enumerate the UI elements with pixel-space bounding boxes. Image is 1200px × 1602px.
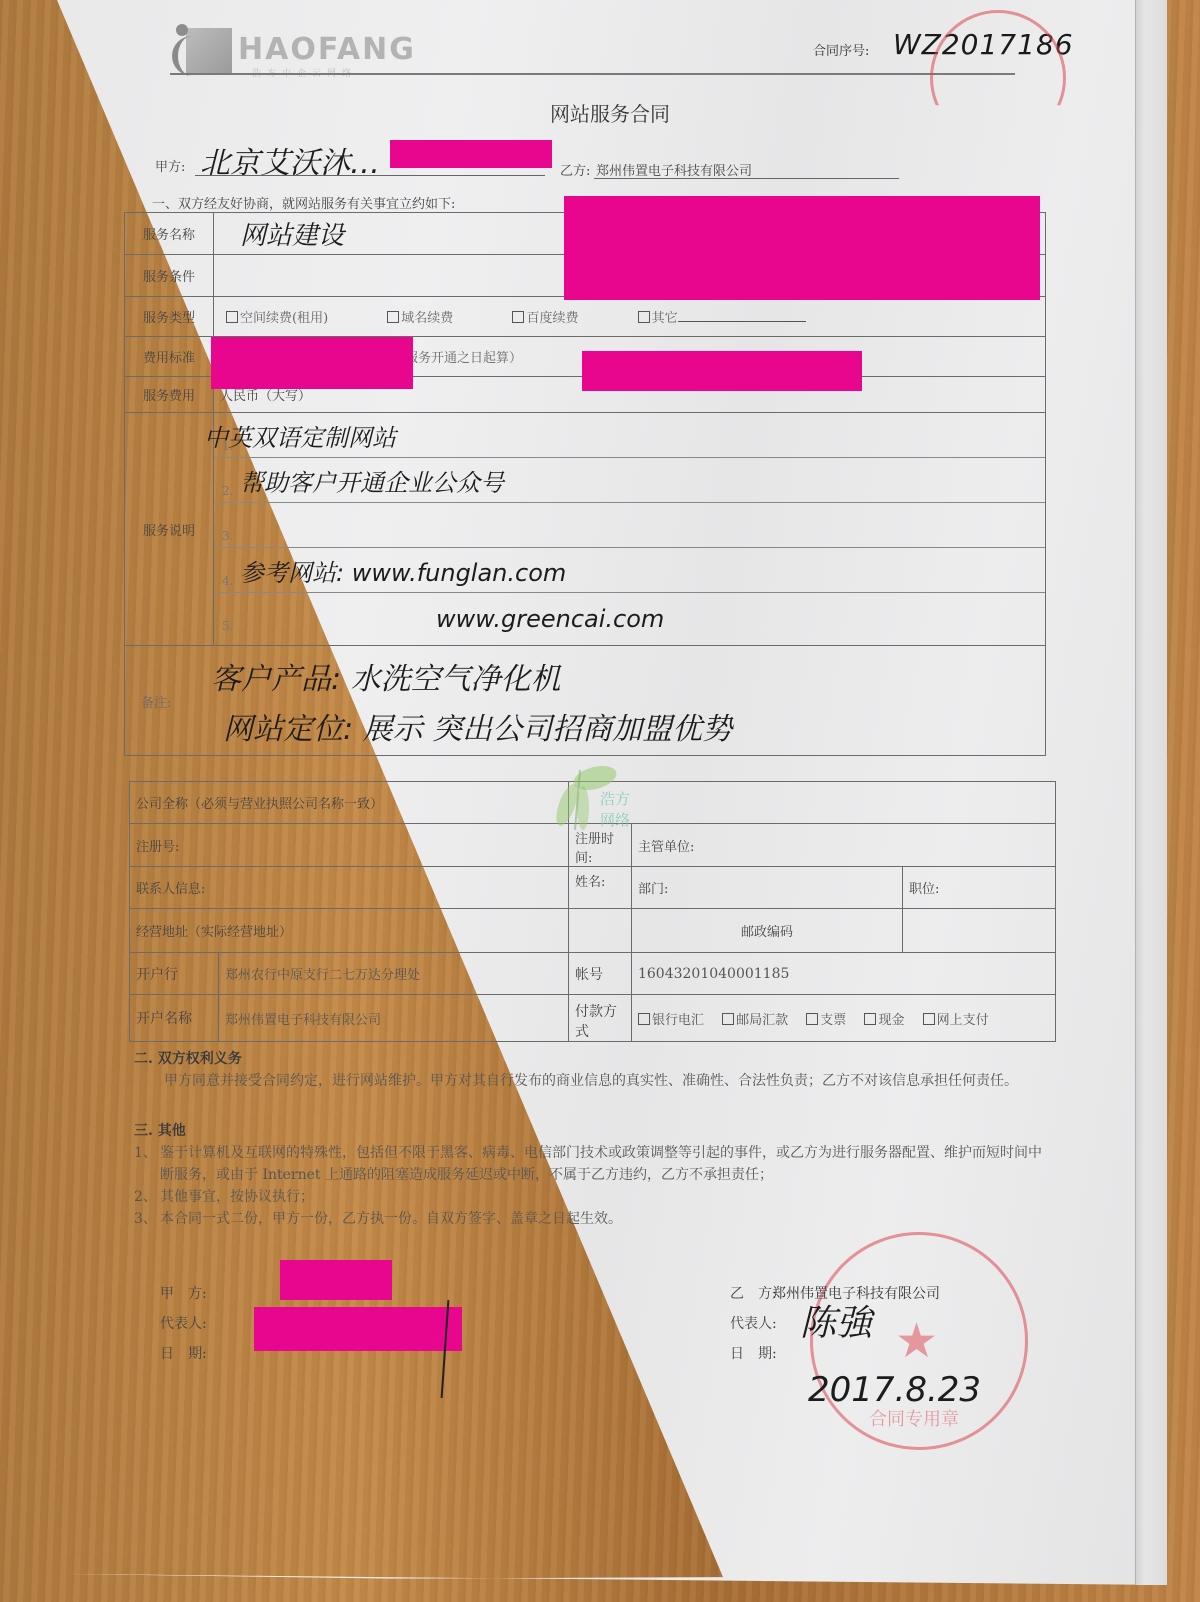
sign-date-b-value: 2017.8.23 <box>808 1370 981 1410</box>
service-fee-label: 服务费用 <box>125 377 214 413</box>
description-line: 5.www.greencai.com <box>214 593 1045 637</box>
option-domain-renewal[interactable]: 域名续费 <box>387 311 453 326</box>
redaction-box <box>254 1307 462 1351</box>
checkbox-icon <box>226 311 238 323</box>
service-type-label: 服务类型 <box>125 297 214 337</box>
description-line: 3. <box>214 503 1045 548</box>
sign-rep-a-label: 代表人: <box>160 1313 207 1333</box>
redaction-box <box>582 351 862 391</box>
payment-online[interactable]: 网上支付 <box>923 1013 989 1028</box>
redaction-box <box>211 337 413 389</box>
description-line: 1.中英双语定制网站 <box>214 413 1045 458</box>
section-3-item: 3、本合同一式二份，甲方一份，乙方执一份。自双方签字、盖章之日起生效。 <box>134 1208 1054 1230</box>
checkbox-icon <box>864 1013 876 1025</box>
row-address: 经营地址（实际经营地址） 邮政编码 <box>130 909 1056 953</box>
address-value[interactable] <box>568 909 631 953</box>
payment-cash[interactable]: 现金 <box>864 1013 904 1028</box>
checkbox-icon <box>638 311 650 323</box>
checkbox-icon <box>387 311 399 323</box>
postcode-label: 邮政编码 <box>631 909 902 953</box>
payment-options: 银行电汇 邮局汇款 支票 现金 网上支付 <box>631 995 1055 1042</box>
logo-text: HAOFANG <box>238 32 416 67</box>
party-b-underline <box>594 178 899 179</box>
sign-rep-b-signature: 陈強 <box>800 1295 872 1346</box>
sign-date-b-label: 日 期: <box>730 1343 777 1363</box>
fee-standard-label: 费用标准 <box>125 337 214 377</box>
option-other[interactable]: 其它 <box>638 311 806 326</box>
redaction-box <box>280 1260 392 1300</box>
description-line: 4.参考网站: www.funglan.com <box>214 548 1045 593</box>
row-contact: 联系人信息: 姓名: 部门: 职位: <box>130 867 1056 909</box>
position-label: 职位: <box>902 867 1055 909</box>
redaction-box <box>564 196 1040 300</box>
row-service-description: 服务说明 1.中英双语定制网站 2.帮助客户开通企业公众号 3. 4.参考网站:… <box>125 413 1046 646</box>
watermark-text: 浩方网络 <box>600 788 635 830</box>
checkbox-icon <box>512 311 524 323</box>
account-name-value: 郑州伟置电子科技有限公司 <box>219 995 569 1042</box>
section-3-item: 1、鉴于计算机及互联网的特殊性，包括但不限于黑客、病毒、电信部门技术或政策调整等… <box>134 1142 1054 1186</box>
remarks-line-2: 网站定位: 展示 突出公司招商加盟优势 <box>223 704 732 748</box>
section-2: 二. 双方权利义务 甲方同意并接受合同约定，进行网站维护。甲方对其自行发布的商业… <box>134 1048 1054 1092</box>
account-name-label: 开户名称 <box>130 995 219 1042</box>
option-baidu-renewal[interactable]: 百度续费 <box>512 311 578 326</box>
logo-mark-icon <box>172 22 232 76</box>
checkbox-icon <box>638 1013 650 1025</box>
party-a-underline <box>195 175 545 176</box>
seal-star-icon: ★ <box>895 1313 938 1369</box>
address-label: 经营地址（实际经营地址） <box>130 909 569 953</box>
remarks-line-1: 客户产品: 水洗空气净化机 <box>211 654 561 698</box>
party-b-label: 乙方: <box>560 160 590 179</box>
authority-label: 主管单位: <box>631 824 1055 867</box>
party-a-label: 甲方: <box>155 156 185 175</box>
contact-label: 联系人信息: <box>130 867 569 909</box>
row-service-type: 服务类型 空间续费(租用) 域名续费 百度续费 其它 <box>125 297 1046 337</box>
section-3-heading: 三. 其他 <box>134 1120 1054 1142</box>
section-3: 三. 其他 1、鉴于计算机及互联网的特殊性，包括但不限于黑客、病毒、电信部门技术… <box>134 1120 1054 1230</box>
section-2-heading: 二. 双方权利义务 <box>134 1048 1054 1070</box>
account-label: 帐号 <box>568 953 631 995</box>
name-label: 姓名: <box>568 867 631 909</box>
service-description-label: 服务说明 <box>125 413 214 646</box>
sign-date-a-label: 日 期: <box>160 1343 207 1363</box>
service-description-lines: 1.中英双语定制网站 2.帮助客户开通企业公众号 3. 4.参考网站: www.… <box>214 413 1046 646</box>
page-title: 网站服务合同 <box>0 98 1200 127</box>
paper-crease <box>1135 0 1136 1585</box>
sign-party-b-label: 乙 方: <box>730 1283 777 1303</box>
service-name-label: 服务名称 <box>125 213 214 255</box>
section-3-item: 2、其他事宜，按协议执行； <box>134 1186 1054 1208</box>
paper-folded-edge <box>1135 0 1167 1585</box>
bank-value: 郑州农行中原支行二七万达分理处 <box>219 953 569 995</box>
section1-intro: 一、双方经友好协商，就网站服务有关事宜立约如下: <box>152 193 455 212</box>
section-2-body: 甲方同意并接受合同约定，进行网站维护。甲方对其自行发布的商业信息的真实性、准确性… <box>134 1070 1054 1092</box>
company-full-name-value[interactable] <box>568 782 1055 824</box>
reg-no-label: 注册号: <box>130 824 569 867</box>
payment-label: 付款方式 <box>568 995 631 1042</box>
row-account-name: 开户名称 郑州伟置电子科技有限公司 付款方式 银行电汇 邮局汇款 支票 现金 网… <box>130 995 1056 1042</box>
row-remarks: 备注: 客户产品: 水洗空气净化机 网站定位: 展示 突出公司招商加盟优势 <box>125 646 1046 756</box>
checkbox-icon <box>923 1013 935 1025</box>
postcode-value[interactable] <box>903 909 1056 953</box>
sign-party-a-label: 甲 方: <box>160 1283 207 1303</box>
header-rule <box>170 73 1015 75</box>
service-name-value: 网站建设 <box>240 221 344 251</box>
payment-bank-transfer[interactable]: 银行电汇 <box>638 1013 704 1028</box>
description-line: 2.帮助客户开通企业公众号 <box>214 458 1045 503</box>
payment-cheque[interactable]: 支票 <box>806 1013 846 1028</box>
bank-label: 开户行 <box>130 953 219 995</box>
row-bank: 开户行 郑州农行中原支行二七万达分理处 帐号 16043201040001185 <box>130 953 1056 995</box>
contract-no-label: 合同序号: <box>813 40 869 59</box>
leaf-watermark-icon: 浩方网络 <box>545 760 635 850</box>
payment-postal-remittance[interactable]: 邮局汇款 <box>722 1013 788 1028</box>
remarks-label: 备注: <box>141 692 171 711</box>
account-value: 16043201040001185 <box>631 953 1055 995</box>
party-b-value: 郑州伟置电子科技有限公司 <box>596 160 752 179</box>
option-space-renewal[interactable]: 空间续费(租用) <box>226 311 328 326</box>
checkbox-icon <box>806 1013 818 1025</box>
dept-label: 部门: <box>631 867 902 909</box>
service-condition-label: 服务条件 <box>125 255 214 297</box>
company-logo: HAOFANG 浩方中企云网络 <box>172 22 416 76</box>
checkbox-icon <box>722 1013 734 1025</box>
redaction-box <box>390 140 552 168</box>
sign-rep-b-label: 代表人: <box>730 1313 777 1333</box>
company-full-name-label: 公司全称（必须与营业执照公司名称一致） <box>130 782 569 824</box>
